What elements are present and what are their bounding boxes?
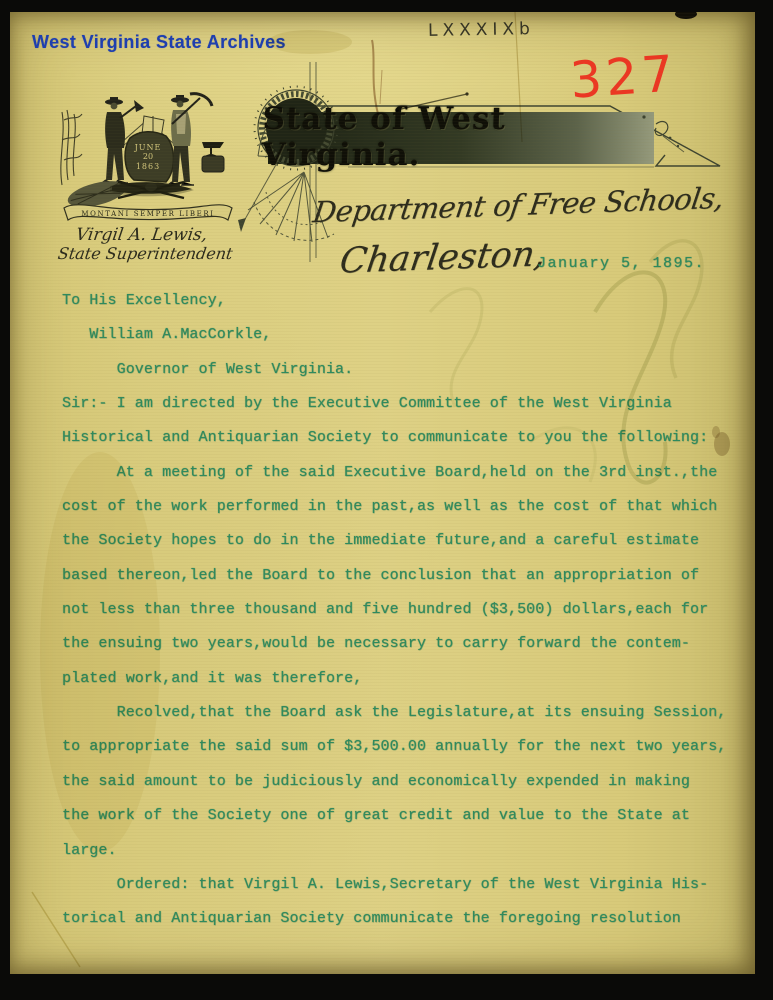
typed-date: January 5, 1895.	[537, 255, 705, 272]
typed-line: Ordered: that Virgil A. Lewis,Secretary …	[62, 868, 752, 902]
typed-line: to appropriate the said sum of $3,500.00…	[62, 730, 752, 764]
scanned-photo-frame: West Virginia State Archives LXXXIXb 327…	[0, 0, 773, 1000]
typed-line: At a meeting of the said Executive Board…	[62, 456, 752, 490]
typed-line: the Society hopes to do in the immediate…	[62, 524, 752, 558]
typed-line: the work of the Society one of great cre…	[62, 799, 752, 833]
typed-line: plated work,and it was therefore,	[62, 662, 752, 696]
typed-line: Governor of West Virginia.	[62, 353, 752, 387]
typed-line: large.	[62, 834, 752, 868]
typed-line: torical and Antiquarian Society communic…	[62, 902, 752, 936]
typed-line: cost of the work performed in the past,a…	[62, 490, 752, 524]
typed-line: the said amount to be judiciously and ec…	[62, 765, 752, 799]
seal-rock-text-line1: JUNE	[134, 143, 162, 152]
typed-line: based thereon,led the Board to the concl…	[62, 559, 752, 593]
letter-page: West Virginia State Archives LXXXIXb 327…	[10, 12, 755, 974]
typed-line: Historical and Antiquarian Society to co…	[62, 421, 752, 455]
seal-rock-text-line3: 1863	[136, 162, 160, 171]
typed-line: Recolved,that the Board ask the Legislat…	[62, 696, 752, 730]
official-name: Virgil A. Lewis,	[75, 225, 209, 245]
typed-line: the ensuing two years,would be necessary…	[62, 627, 752, 661]
typed-line: To His Excellency,	[62, 284, 752, 318]
seal-motto-text: MONTANI SEMPER LIBERI	[81, 210, 214, 218]
typed-line: William A.MacCorkle,	[62, 318, 752, 352]
typed-line: not less than three thousand and five hu…	[62, 593, 752, 627]
letter-body: To His Excellency, William A.MacCorkle, …	[62, 284, 752, 937]
catalog-code-annotation: LXXXIXb	[428, 19, 535, 41]
place-script-line: Charleston,	[337, 234, 548, 281]
official-title: State Superintendent	[57, 244, 234, 263]
seal-rock-text-line2: 20	[143, 152, 153, 161]
banner-title: State of West Virginia.	[261, 111, 655, 163]
typed-line: Sir:- I am directed by the Executive Com…	[62, 387, 752, 421]
archive-watermark-label: West Virginia State Archives	[32, 32, 286, 53]
